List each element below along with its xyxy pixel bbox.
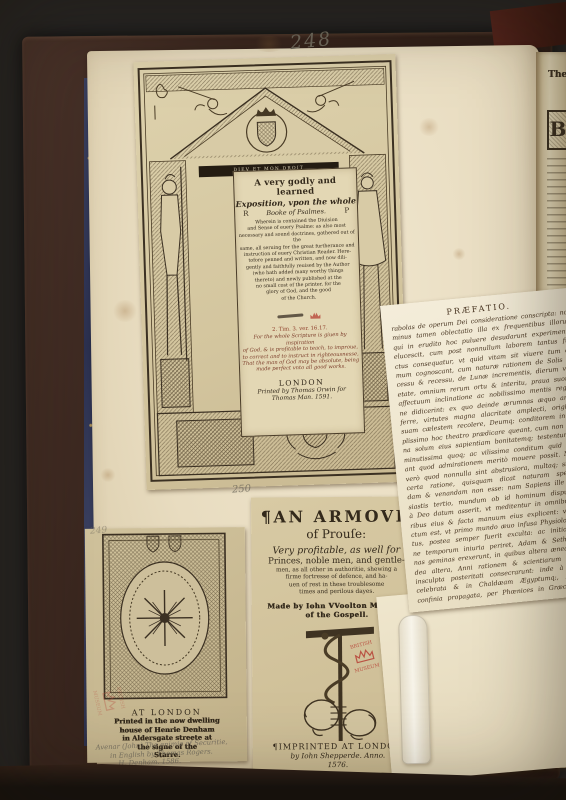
psalms-subtitle: Wherein is contained the Diuisionand Sen… — [235, 217, 360, 304]
psalms-imprint: Printed by Thomas Orwin forThomas Man. 1… — [241, 385, 363, 404]
psalms-title-page: DIEV ET MON DROIT A very godly and learn… — [133, 54, 408, 490]
praefatio-body: rabolas de operum Dei consideratione con… — [382, 307, 566, 607]
svg-text:MUSEUM: MUSEUM — [91, 690, 102, 716]
folio-number-248: 248 — [289, 28, 333, 54]
censor-smudge-row — [238, 304, 361, 327]
border-letter-left: R — [243, 210, 249, 218]
pencil-smudge — [278, 314, 304, 319]
stamp-text-bottom: MUSEUM — [354, 662, 380, 674]
red-crown-inkstamp — [309, 311, 321, 320]
scripture-quote: For the whole Scripture is giuen by insp… — [239, 331, 362, 373]
vellum-tab — [398, 615, 431, 765]
faded-museum-stamp: BRITISH MUSEUM — [85, 677, 133, 725]
psalms-title-line-text: Booke of Psalmes. — [266, 207, 326, 217]
photo-of-album-page: The B — [0, 0, 566, 800]
stamp-text-top: BRITISH — [349, 639, 373, 651]
armour-subtitle-line: Princes, noble men, and gentle- — [251, 555, 421, 566]
folio-number-250: 250 — [232, 483, 252, 495]
border-letter-right: P — [344, 207, 349, 215]
psalms-text-panel: A very godly and learned Exposition, vpo… — [233, 167, 365, 437]
armour-title-line: ¶AN ARMOVR — [251, 506, 421, 526]
denham-ornament-woodcut — [85, 527, 247, 705]
edge-fragment-word: The — [548, 70, 566, 80]
svg-text:BRITISH: BRITISH — [115, 686, 126, 710]
denham-title-page: AT LONDON Printed in the now dwellinghou… — [85, 527, 247, 763]
armour-title-line: of Prouſe: — [251, 526, 421, 541]
folio-number-249: 249 — [90, 525, 108, 536]
edge-fragment-decorated-initial: B — [547, 110, 566, 150]
praefatio-leaf: PRÆFATIO. rabolas de operum Dei consider… — [380, 287, 566, 612]
armour-subtitle: men, as all other in authoritie, shewing… — [251, 566, 421, 597]
